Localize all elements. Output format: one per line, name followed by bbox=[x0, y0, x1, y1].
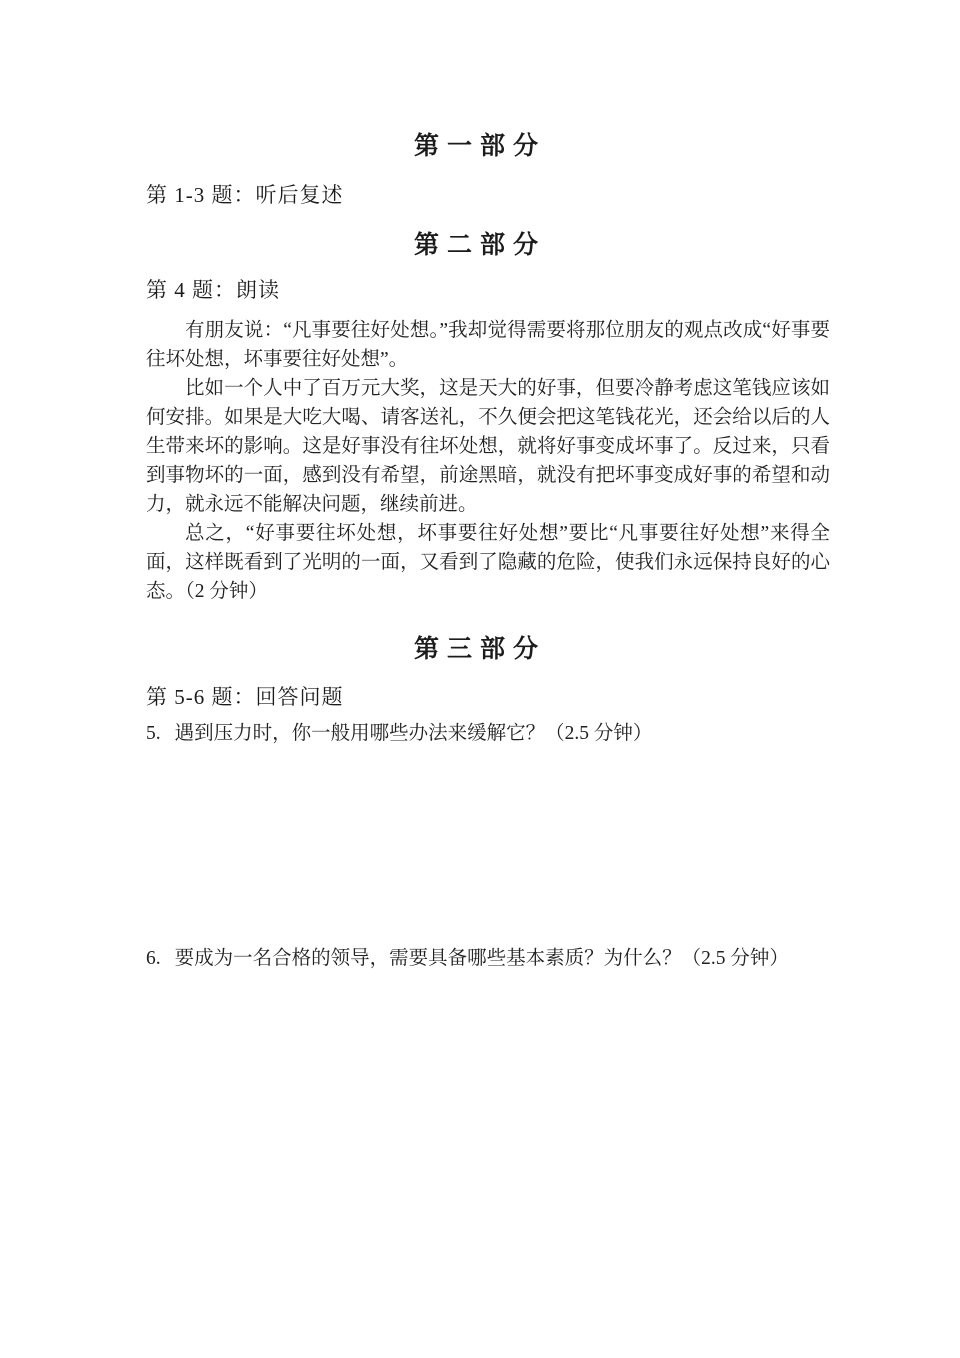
question-6-number: 6. bbox=[146, 945, 161, 973]
question-6-text: 要成为一名合格的领导，需要具备哪些基本素质？为什么？（2.5 分钟） bbox=[175, 948, 789, 969]
question-5-number: 5. bbox=[146, 720, 161, 748]
part2-heading: 第二部分 bbox=[0, 225, 960, 261]
part3-heading: 第三部分 bbox=[0, 629, 960, 665]
exam-document-page: 第一部分 第 1-3 题：听后复述 第二部分 第 4 题：朗读 有朋友说：“凡事… bbox=[0, 0, 960, 1358]
passage-paragraph-1: 有朋友说：“凡事要往好处想。”我却觉得需要将那位朋友的观点改成“好事要往坏处想，… bbox=[146, 316, 830, 374]
part1-heading: 第一部分 bbox=[0, 126, 960, 162]
part3-task-label: 第 5-6 题：回答问题 bbox=[146, 681, 344, 711]
part1-task-label: 第 1-3 题：听后复述 bbox=[146, 179, 344, 209]
question-6: 6.要成为一名合格的领导，需要具备哪些基本素质？为什么？（2.5 分钟） bbox=[146, 945, 852, 973]
part2-task-label: 第 4 题：朗读 bbox=[146, 274, 280, 304]
passage-paragraph-3: 总之，“好事要往坏处想，坏事要往好处想”要比“凡事要往好处想”来得全面，这样既看… bbox=[146, 519, 830, 606]
question-5: 5.遇到压力时，你一般用哪些办法来缓解它？（2.5 分钟） bbox=[146, 720, 852, 748]
question-5-text: 遇到压力时，你一般用哪些办法来缓解它？（2.5 分钟） bbox=[175, 723, 653, 744]
passage-paragraph-2: 比如一个人中了百万元大奖，这是天大的好事，但要冷静考虑这笔钱应该如何安排。如果是… bbox=[146, 374, 830, 519]
reading-passage: 有朋友说：“凡事要往好处想。”我却觉得需要将那位朋友的观点改成“好事要往坏处想，… bbox=[146, 316, 830, 606]
